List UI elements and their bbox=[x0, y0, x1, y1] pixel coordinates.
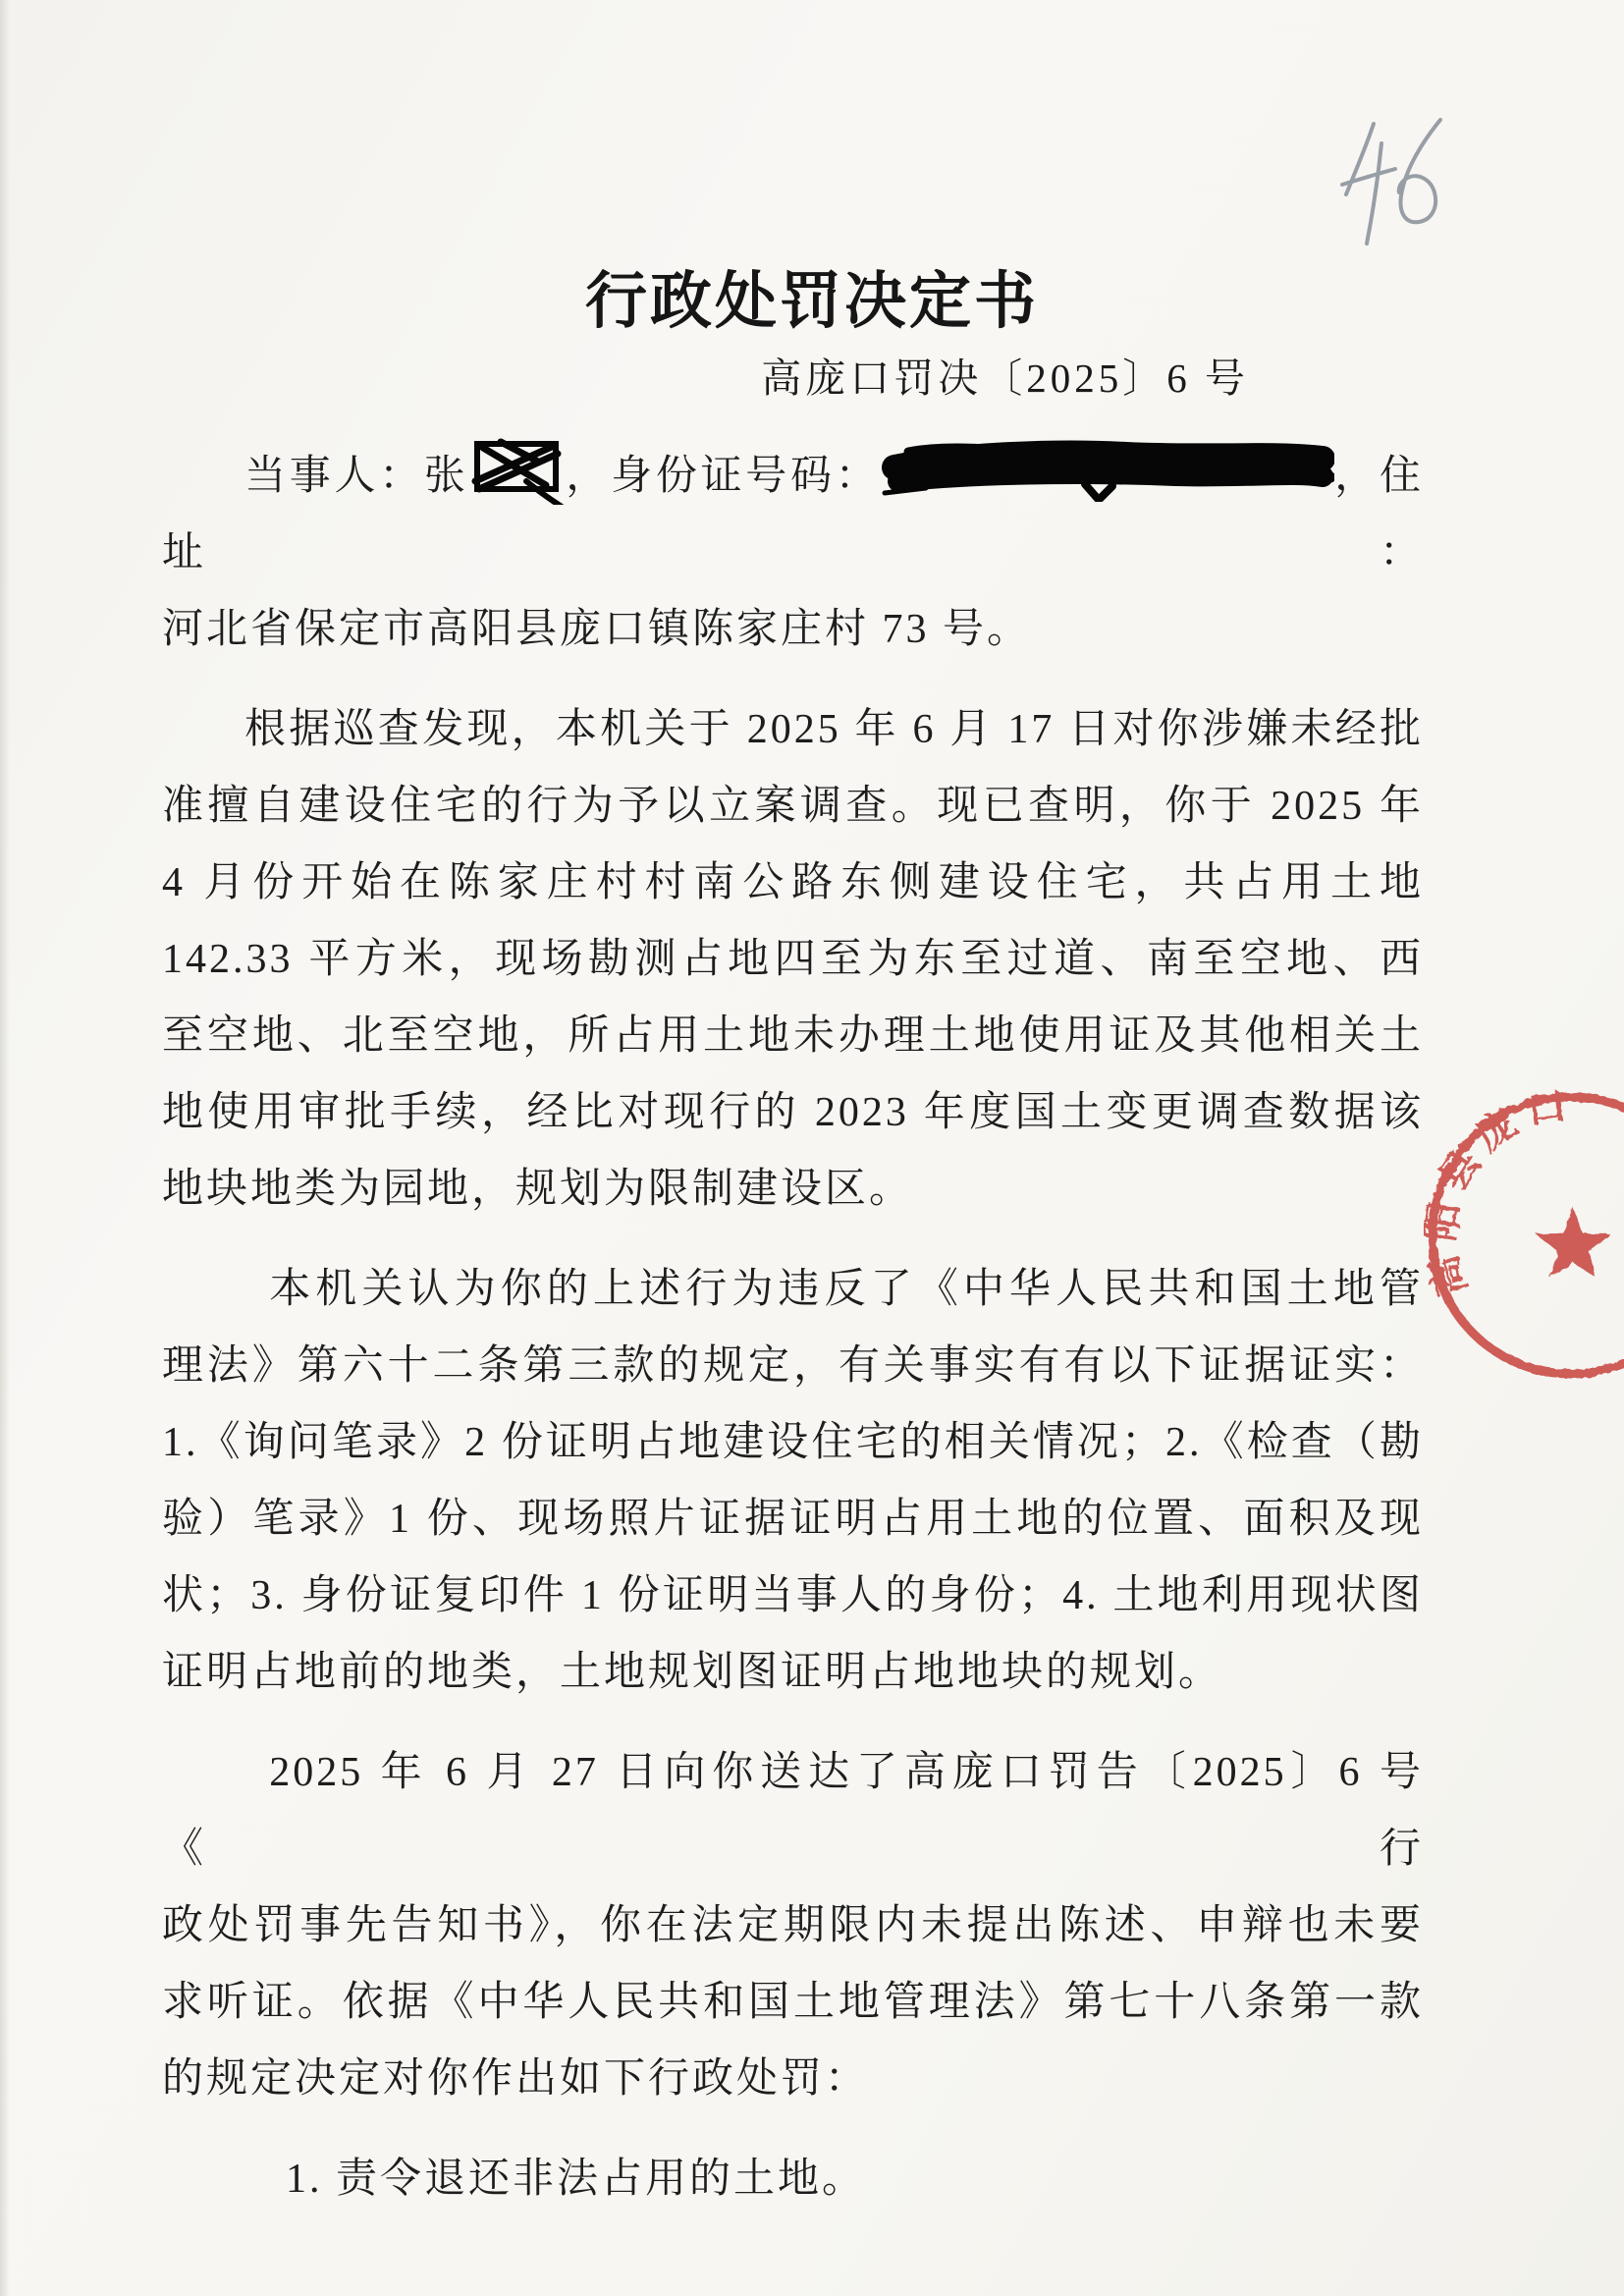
paragraph-prior-notice: 2025 年 6 月 27 日向你送达了高庞口罚告〔2025〕6 号《行 政处罚… bbox=[162, 1734, 1424, 2117]
text-line: 142.33 平方米，现场勘测占地四至为东至过道、南至空地、西 bbox=[162, 921, 1424, 998]
paragraph-penalty-item-1: 1. 责令退还非法占用的土地。 bbox=[162, 2141, 1424, 2217]
id-redaction-scribble bbox=[881, 439, 1334, 502]
text-line: 4 月份开始在陈家庄村村南公路东侧建设住宅，共占用土地 bbox=[162, 845, 1424, 921]
id-label: ，身份证号码： bbox=[566, 454, 881, 499]
paragraph-party-info: 当事人：张 ，身份证号码： bbox=[162, 432, 1424, 668]
party-label: 当事人：张 bbox=[244, 454, 469, 499]
handwritten-46-strokes bbox=[1342, 120, 1440, 244]
scanned-document-page: 行政处罚决定书 高庞口罚决〔2025〕6 号 当事人：张 ，身份证号码： bbox=[0, 0, 1624, 2296]
text-line: 政处罚事先告知书》，你在法定期限内未提出陈述、申辩也未要 bbox=[162, 1887, 1424, 1964]
paragraph-legal-basis-evidence: 本机关认为你的上述行为违反了《中华人民共和国土地管 理法》第六十二条第三款的规定… bbox=[162, 1251, 1424, 1711]
document-reference-number: 高庞口罚决〔2025〕6 号 bbox=[0, 346, 1624, 404]
text-line: 至空地、北至空地，所占用土地未办理土地使用证及其他相关土 bbox=[162, 998, 1424, 1074]
official-red-stamp: 高阳县庞口 bbox=[1424, 1083, 1624, 1383]
text-line: 河北省保定市高阳县庞口镇陈家庄村 73 号。 bbox=[162, 591, 1424, 668]
text-line: 地块地类为园地，规划为限制建设区。 bbox=[162, 1151, 1424, 1228]
document-body: 当事人：张 ，身份证号码： bbox=[162, 432, 1424, 2217]
stamp-star-icon bbox=[1536, 1207, 1610, 1278]
text-line: 当事人：张 ，身份证号码： bbox=[162, 432, 1424, 591]
paragraph-investigation-findings: 根据巡查发现，本机关于 2025 年 6 月 17 日对你涉嫌未经批 准擅自建设… bbox=[162, 691, 1424, 1228]
text-line: 1. 责令退还非法占用的土地。 bbox=[162, 2141, 1424, 2217]
text-line: 准擅自建设住宅的行为予以立案调查。现已查明，你于 2025 年 bbox=[162, 768, 1424, 845]
text-line: 的规定决定对你作出如下行政处罚： bbox=[162, 2041, 1424, 2117]
text-line: 1.《询问笔录》2 份证明占地建设住宅的相关情况；2.《检查（勘 bbox=[162, 1404, 1424, 1481]
name-redaction-scribble bbox=[469, 432, 566, 505]
text-line: 证明占地前的地类，土地规划图证明占地地块的规划。 bbox=[162, 1634, 1424, 1711]
text-line: 根据巡查发现，本机关于 2025 年 6 月 17 日对你涉嫌未经批 bbox=[162, 691, 1424, 768]
text-line: 2025 年 6 月 27 日向你送达了高庞口罚告〔2025〕6 号《行 bbox=[162, 1734, 1424, 1887]
text-line: 本机关认为你的上述行为违反了《中华人民共和国土地管 bbox=[162, 1251, 1424, 1328]
handwritten-page-number bbox=[1330, 110, 1468, 257]
text-line: 求听证。依据《中华人民共和国土地管理法》第七十八条第一款 bbox=[162, 1964, 1424, 2041]
text-line: 理法》第六十二条第三款的规定，有关事实有有以下证据证实： bbox=[162, 1328, 1424, 1404]
document-title: 行政处罚决定书 bbox=[0, 251, 1624, 341]
text-line: 状；3. 身份证复印件 1 份证明当事人的身份；4. 土地利用现状图 bbox=[162, 1558, 1424, 1634]
text-line: 验）笔录》1 份、现场照片证据证明占用土地的位置、面积及现 bbox=[162, 1481, 1424, 1558]
text-line: 地使用审批手续，经比对现行的 2023 年度国土变更调查数据该 bbox=[162, 1074, 1424, 1151]
